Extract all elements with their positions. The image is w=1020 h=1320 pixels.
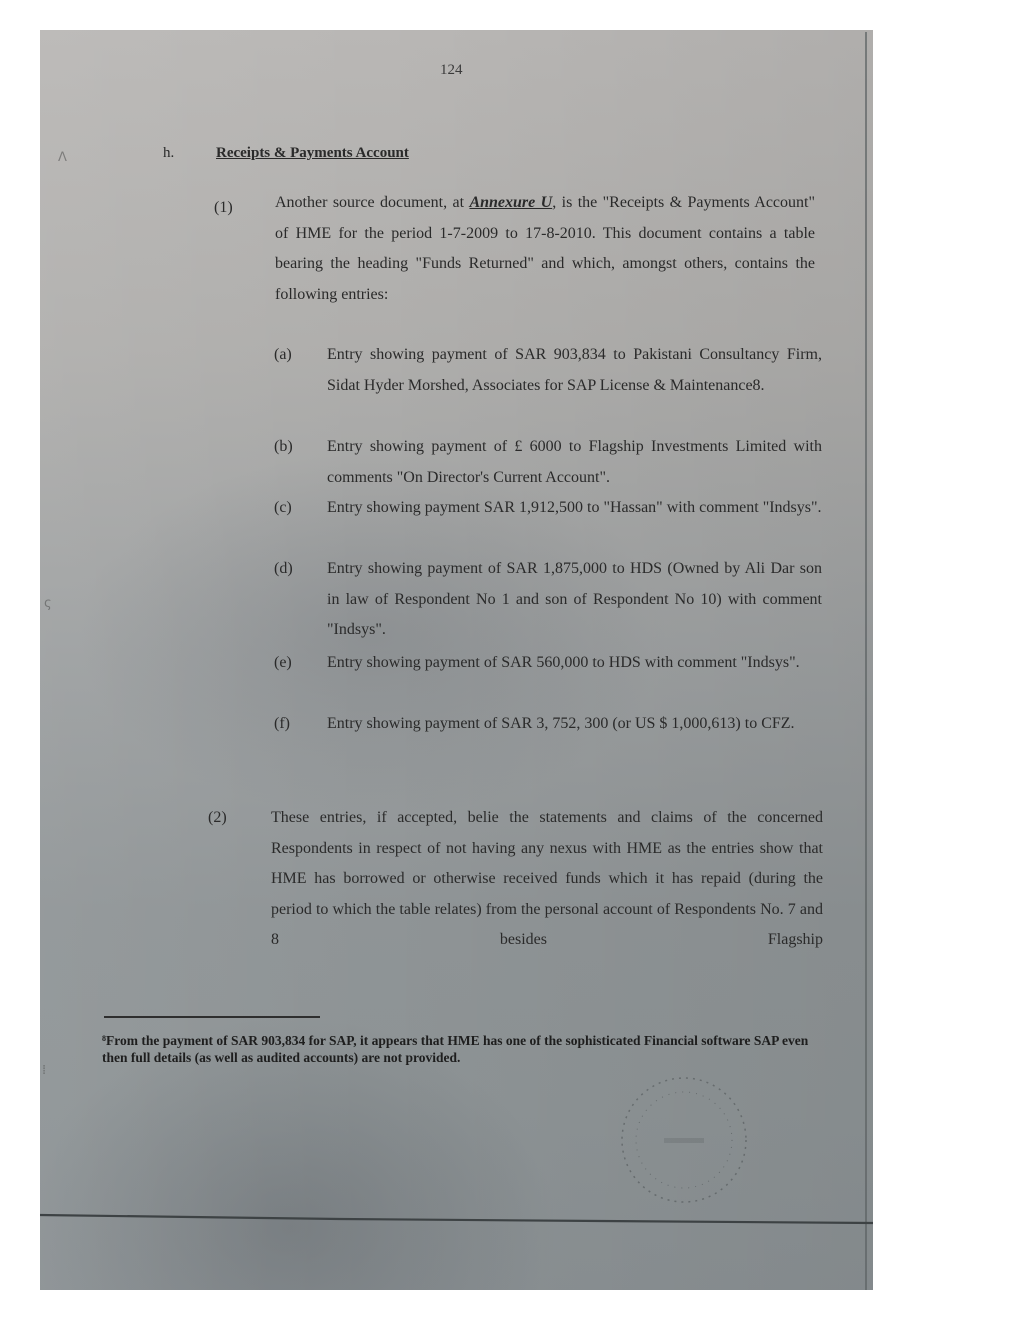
- entry-label: (c): [274, 493, 292, 524]
- entry-label: (f): [274, 709, 290, 740]
- footnote-rule: [104, 1016, 320, 1018]
- paragraph-text: Another source document, at: [275, 194, 469, 211]
- entry-label: (b): [274, 432, 293, 463]
- paragraph-number: (1): [214, 193, 233, 224]
- section-label: h.: [163, 138, 174, 169]
- entry-text: Entry showing payment of £ 6000 to Flags…: [327, 432, 822, 493]
- section-title: Receipts & Payments Account: [216, 138, 409, 169]
- footnote-text: From the payment of SAR 903,834 for SAP,…: [102, 1033, 808, 1065]
- margin-pen-mark: ς: [44, 596, 52, 611]
- entry-text: Entry showing payment of SAR 560,000 to …: [327, 648, 822, 679]
- entry-text: Entry showing payment SAR 1,912,500 to "…: [327, 493, 822, 524]
- entry-label: (e): [274, 648, 292, 679]
- page-edge-line: [865, 32, 867, 1290]
- faint-stamp-mark: [612, 1062, 762, 1212]
- entry-label: (d): [274, 554, 293, 585]
- paragraph-2-text: These entries, if accepted, belie the st…: [271, 803, 823, 956]
- entry-text: Entry showing payment of SAR 903,834 to …: [327, 340, 822, 401]
- entry-label: (a): [274, 340, 292, 371]
- page-number: 124: [440, 55, 463, 86]
- footnote: 8From the payment of SAR 903,834 for SAP…: [102, 1032, 827, 1066]
- paragraph-1-text: Another source document, at Annexure U, …: [275, 188, 815, 310]
- margin-pen-mark: ᐱ: [58, 150, 67, 165]
- bottom-fold-line: [40, 1213, 873, 1227]
- annexure-reference: Annexure U: [469, 194, 552, 211]
- entry-text: Entry showing payment of SAR 3, 752, 300…: [327, 709, 822, 740]
- margin-pen-mark: ⁞: [42, 1063, 46, 1078]
- footnote-marker: 8: [102, 1034, 106, 1043]
- entry-text: Entry showing payment of SAR 1,875,000 t…: [327, 554, 822, 646]
- paragraph-number: (2): [208, 803, 227, 834]
